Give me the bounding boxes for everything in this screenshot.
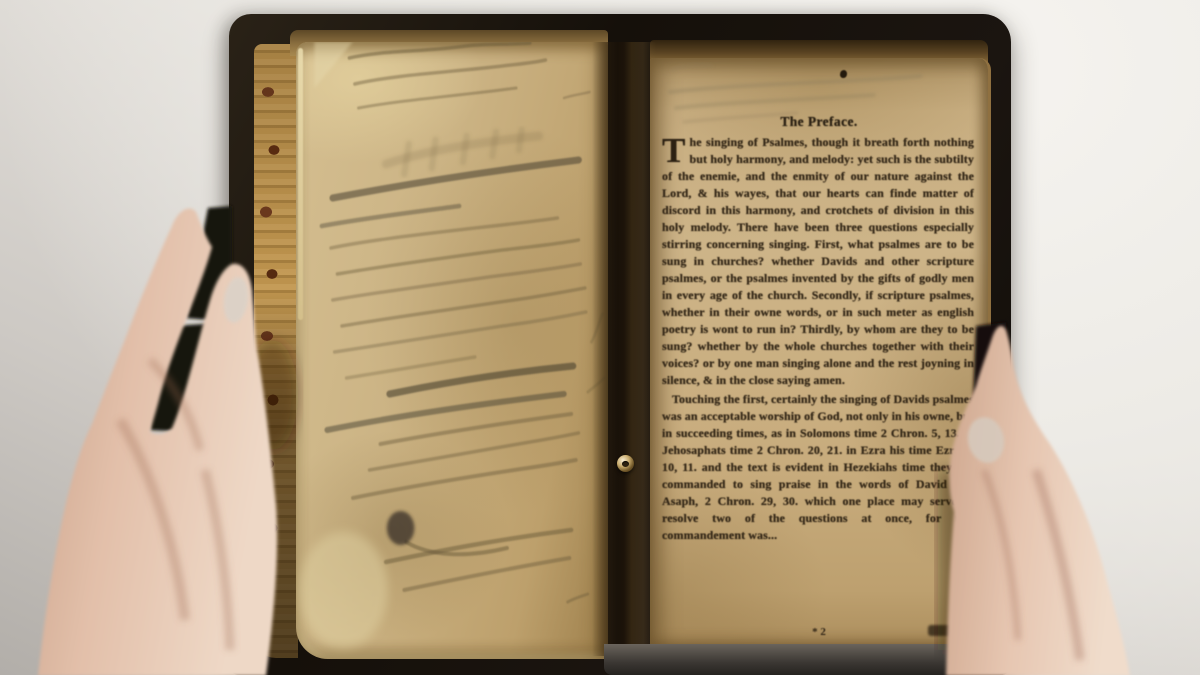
hands-layer (0, 0, 1200, 675)
right-hand (946, 326, 1130, 675)
right-hand-silhouette (946, 326, 1130, 675)
left-hand (38, 208, 277, 675)
photo-scene: The Preface. The singing of Psalmes, tho… (0, 0, 1200, 675)
